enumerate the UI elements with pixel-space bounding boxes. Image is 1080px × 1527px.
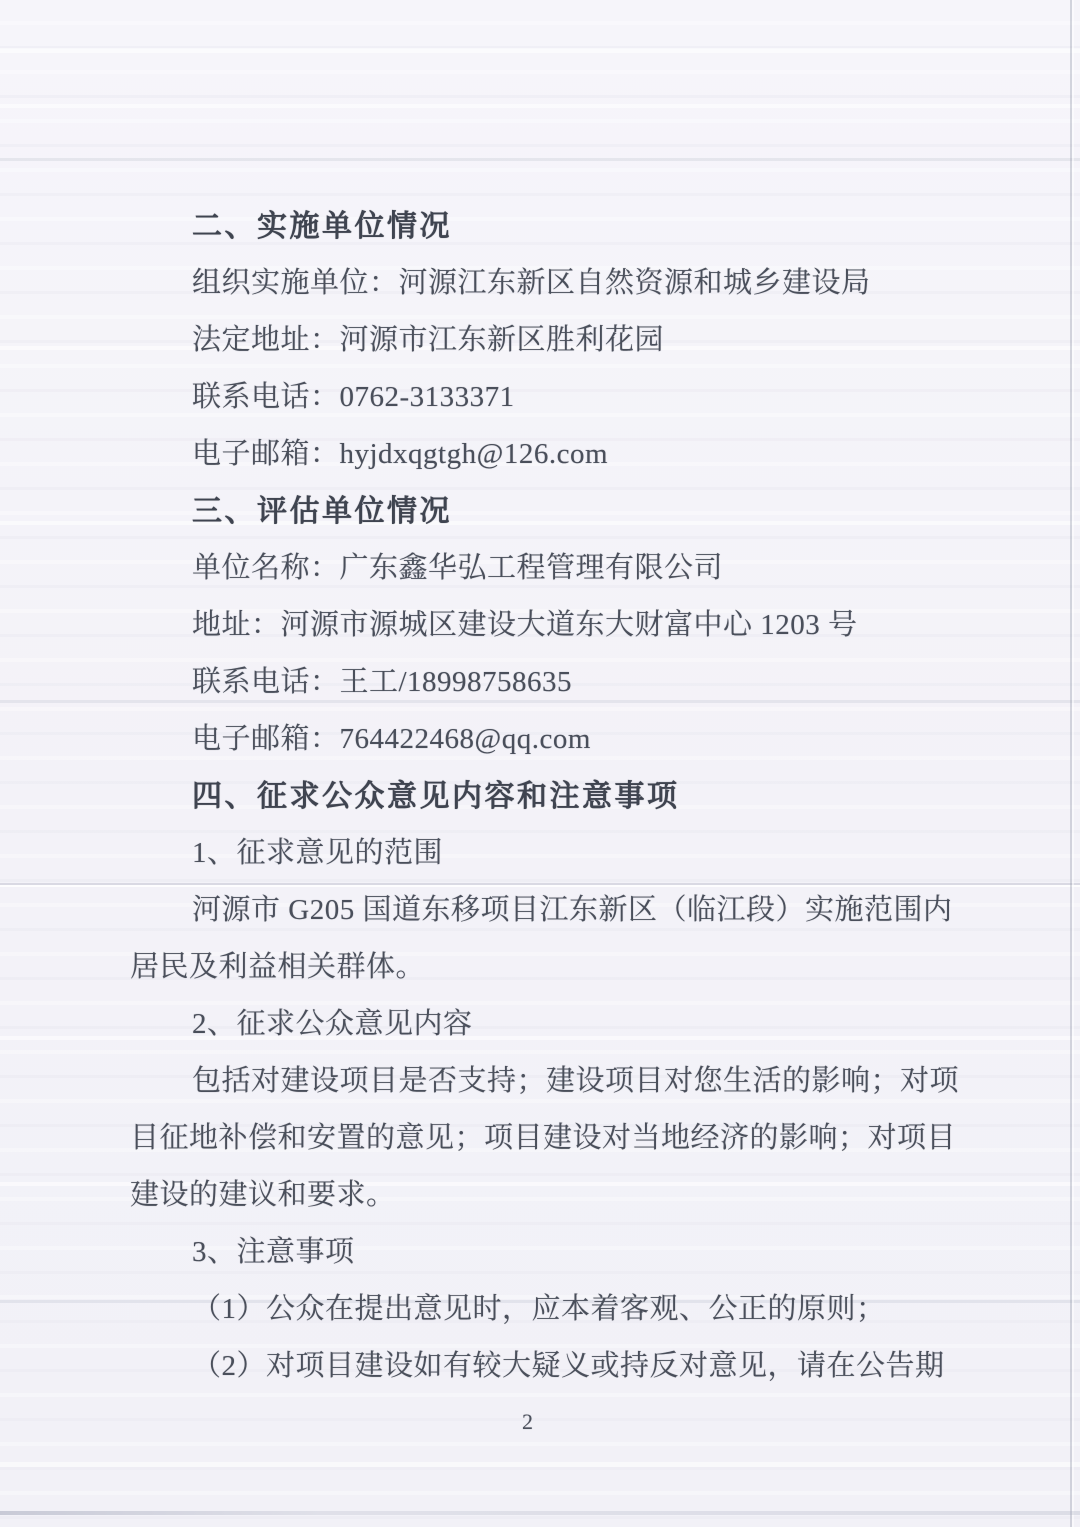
heading-public-opinion-section: 四、征求公众意见内容和注意事项 [130,768,952,825]
heading-implementation-unit: 二、实施单位情况 [130,198,952,255]
line-unit-name: 单位名称：广东鑫华弘工程管理有限公司 [130,540,952,597]
scan-edge-bottom [0,1511,1080,1515]
line-email-assessor: 电子邮箱：764422468@qq.com [130,711,952,768]
line-contact-phone-assessor: 联系电话：王工/18998758635 [130,654,952,711]
para-scope-line-2: 居民及利益相关群体。 [130,939,952,996]
para-content-line-3: 建设的建议和要求。 [130,1167,952,1224]
scan-streak [0,104,1080,108]
note-item-1: （1）公众在提出意见时，应本着客观、公正的原则； [130,1281,952,1338]
scanned-document-page: 二、实施单位情况 组织实施单位：河源江东新区自然资源和城乡建设局 法定地址：河源… [0,0,1080,1527]
para-content-line-1: 包括对建设项目是否支持；建设项目对您生活的影响；对项 [130,1053,952,1110]
line-email-implementer: 电子邮箱：hyjdxqgtgh@126.com [130,426,952,483]
subheading-opinion-scope: 1、征求意见的范围 [130,825,952,882]
subheading-opinion-content: 2、征求公众意见内容 [130,996,952,1053]
page-number: 2 [0,1402,1055,1442]
line-contact-phone-implementer: 联系电话：0762-3133371 [130,369,952,426]
line-unit-address: 地址：河源市源城区建设大道东大财富中心 1203 号 [130,597,952,654]
heading-assessment-unit: 三、评估单位情况 [130,483,952,540]
scan-streak [0,48,1080,53]
para-content-line-2: 目征地补偿和安置的意见；项目建设对当地经济的影响；对项目 [130,1110,952,1167]
scan-streak [0,158,1080,161]
document-content: 二、实施单位情况 组织实施单位：河源江东新区自然资源和城乡建设局 法定地址：河源… [130,198,952,1395]
scan-edge-right [1070,0,1072,1527]
scan-streak [0,1462,1080,1467]
note-item-2: （2）对项目建设如有较大疑义或持反对意见，请在公告期 [130,1338,952,1395]
para-scope-line-1: 河源市 G205 国道东移项目江东新区（临江段）实施范围内 [130,882,952,939]
line-legal-address: 法定地址：河源市江东新区胜利花园 [130,312,952,369]
subheading-notes: 3、注意事项 [130,1224,952,1281]
line-implementing-org: 组织实施单位：河源江东新区自然资源和城乡建设局 [130,255,952,312]
